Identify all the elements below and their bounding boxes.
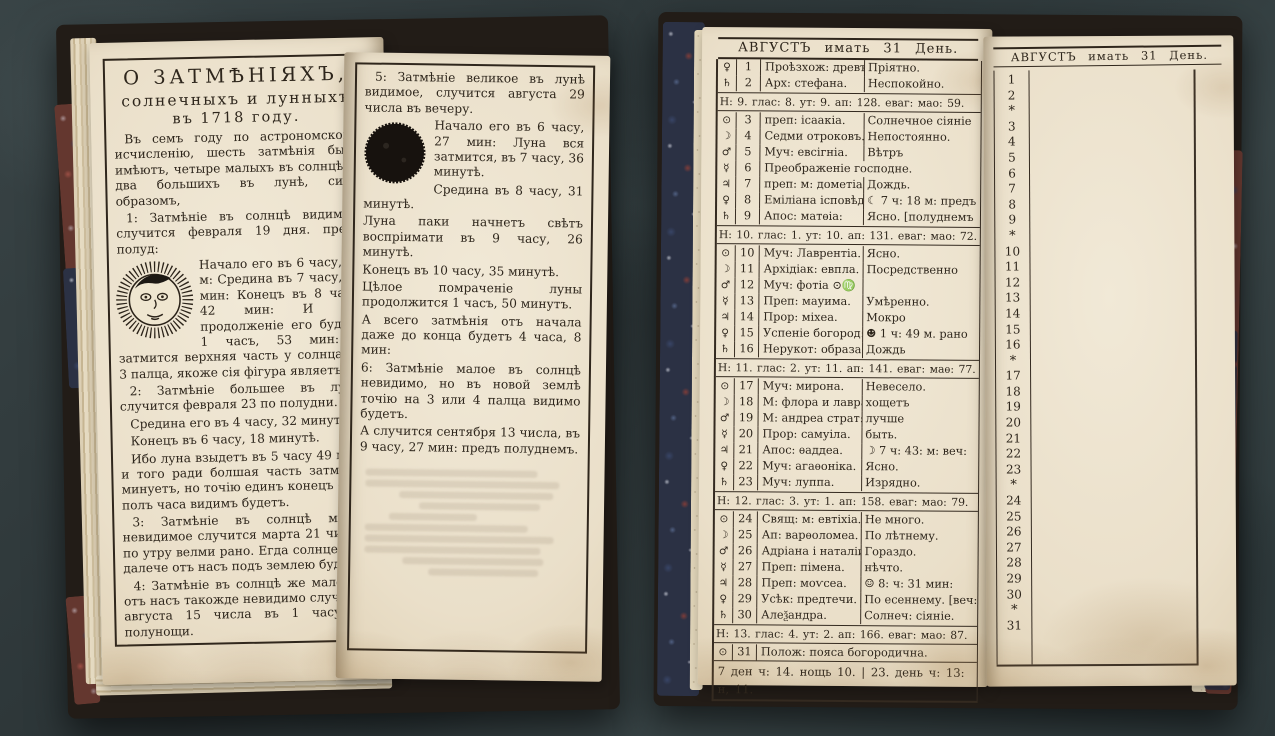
weather-note: нѣчто. xyxy=(861,560,977,577)
saint-name: М: андреа страт: xyxy=(759,410,863,427)
week-summary-line: Н: 9. глас: 8. ут: 9. ап: 128. еваг: мао… xyxy=(718,92,981,113)
calendar-day-number: 14 xyxy=(735,309,759,325)
ink-bleed-through xyxy=(358,468,579,577)
saint-name: Апос: матѳіа: xyxy=(760,208,864,225)
saint-name: Преп: пімена. xyxy=(757,559,861,576)
calendar-row: ☿20Прор: самуіла.быть. xyxy=(715,426,978,444)
day-number: 25 xyxy=(997,509,1031,525)
saint-name: Свящ: м: евтіхіа. xyxy=(758,511,862,528)
eclipse-paragraph: 1: Затмѣніе въ солнцѣ видимое, случится … xyxy=(116,206,362,257)
weekday-planet-symbol: ♃ xyxy=(717,176,736,192)
saint-name: Арх: стефана. xyxy=(761,75,865,92)
weekday-planet-symbol: ♂ xyxy=(715,543,734,559)
week-summary-line: Н: 11. глас: 2. ут: 11. ап: 141. еваг: м… xyxy=(716,358,979,379)
august-calendar-page: АВГУСТЪ имать 31 День. ♀1Проѣзхож: древъ… xyxy=(698,27,993,687)
saint-name: Полож: пояса богородична. xyxy=(757,644,977,662)
calendar-row: ♄2Арх: стефана.Неспокойно. xyxy=(718,75,981,93)
weekday-planet-symbol: ♃ xyxy=(715,442,734,458)
weekday-planet-symbol: ♀ xyxy=(716,325,735,341)
day-number: 19 xyxy=(996,400,1030,416)
saint-name: преп: м: дометіа. xyxy=(760,176,864,193)
calendar-day-number: 27 xyxy=(733,559,757,575)
day-number: 10 xyxy=(995,244,1029,260)
calendar-row: ⊙3преп: ісаакіа.Солнечное сіяніе xyxy=(718,112,981,130)
eclipse-paragraphs: 2: Затмѣніе большее въ лунѣ, случится фе… xyxy=(119,379,369,640)
weather-note: Вѣтръ xyxy=(864,145,980,162)
calendar-table-body: ♀1Проѣзхож: древъ.Пріятно.♄2Арх: стефана… xyxy=(714,59,981,662)
day-number: 5 xyxy=(995,150,1029,166)
day-number: 16 xyxy=(996,338,1030,354)
day-number-column: 12*3456789*10111213141516*17181920212223… xyxy=(993,70,1032,664)
weekday-planet-symbol: ☽ xyxy=(715,527,734,543)
calendar-table: ♀1Проѣзхож: древъ.Пріятно.♄2Арх: стефана… xyxy=(712,59,982,703)
saint-name: Муч: мирона. xyxy=(759,378,863,395)
saint-name: Прор: міхеа. xyxy=(759,309,863,326)
eclipse-paragraph: 5: Затмѣніе великое въ лунѣ видимое, слу… xyxy=(364,69,585,118)
weekday-planet-symbol: ☽ xyxy=(717,261,736,277)
calendar-day-number: 29 xyxy=(733,591,757,607)
calendar-row: ♂19М: андреа страт:лучше xyxy=(716,410,979,428)
calendar-row: ⊙24Свящ: м: евтіхіа.Не много. xyxy=(715,511,978,529)
weather-note xyxy=(863,278,979,295)
calendar-row: ♃21Апос: ѳаддеа.☽ 7 ч: 43: м: веч: xyxy=(715,442,978,460)
day-night-length-footer: 7 ден ч: 14. нощь 10. | 23. день ч: 13: … xyxy=(714,660,977,701)
day-number: 6 xyxy=(995,166,1029,182)
page-bottom-rule xyxy=(997,664,1199,667)
calendar-row: ♃28Преп: моѵсеа.☺ 8: ч: 31 мин: xyxy=(714,575,977,593)
eclipse-paragraph: Средина въ 8 часу, 31 минутѣ. xyxy=(363,181,583,215)
day-number: 17 xyxy=(996,369,1030,385)
page-title-line: солнечныхъ и лунныхъ xyxy=(113,88,358,111)
calendar-row: ⊙17Муч: мирона.Невесело. xyxy=(716,378,979,396)
day-number: * xyxy=(995,228,1029,244)
saint-name: Муч: агаѳоніка. xyxy=(758,458,862,475)
eclipse-paragraph: А всего затмѣнія отъ начала даже до конц… xyxy=(361,312,582,361)
weather-note: хощетъ xyxy=(863,395,979,412)
calendar-day-number: 26 xyxy=(734,543,758,559)
notes-month-header: АВГУСТЪ имать 31 День. xyxy=(993,45,1221,68)
eclipse-paragraph: Въ семъ году по астрономскому исчисленію… xyxy=(114,128,361,210)
weather-note: Мокро xyxy=(863,310,979,327)
saint-name: М: флора и лавра. xyxy=(759,394,863,411)
weather-note: Изрядно. xyxy=(862,475,978,492)
weekday-planet-symbol: ☿ xyxy=(715,426,734,442)
saint-name: Успеніе богород: xyxy=(759,325,863,342)
calendar-row: ⊙10Муч: Лаврентіа.Ясно. xyxy=(717,245,980,263)
day-number: 21 xyxy=(996,431,1030,447)
weather-note: Солнечное сіяніе xyxy=(865,113,981,130)
calendar-day-number: 13 xyxy=(735,293,759,309)
weather-note: ☾ 7 ч: 18 м: предъ xyxy=(864,193,980,210)
day-number: 30 xyxy=(997,587,1031,603)
weekday-planet-symbol: ♃ xyxy=(716,309,735,325)
calendar-row: ♂26Адріана і наталіи.Гораздо. xyxy=(715,543,978,561)
weather-note: Невесело. xyxy=(863,379,979,396)
calendar-row: ♄23Муч: луппа.Изрядно. xyxy=(715,474,978,492)
saint-name: Преп: моѵсеа. xyxy=(757,575,861,592)
calendar-day-number: 24 xyxy=(734,511,758,527)
calendar-day-number: 8 xyxy=(736,192,760,208)
week-summary-line: Н: 13. глас: 4. ут: 2. ап: 166. еваг: ма… xyxy=(714,624,977,645)
calendar-day-number: 23 xyxy=(734,474,758,490)
day-number: 9 xyxy=(995,213,1029,229)
day-number: 29 xyxy=(997,571,1031,587)
weather-note: Непостоянно. xyxy=(864,129,980,146)
day-number: 28 xyxy=(997,556,1031,572)
day-number: 27 xyxy=(997,540,1031,556)
weekday-planet-symbol: ♂ xyxy=(716,410,735,426)
calendar-row: ♀29Усѣк: предтечи.По есеннему. [веч: xyxy=(714,591,977,609)
day-number: 1 xyxy=(994,72,1028,88)
calendar-row: ♀22Муч: агаѳоніка.Ясно. xyxy=(715,458,978,476)
day-number: 18 xyxy=(996,384,1030,400)
calendar-day-number: 11 xyxy=(736,261,760,277)
calendar-row: ♀15Успеніе богород:☻ 1 ч: 49 м. рано xyxy=(716,325,979,343)
calendar-row: ♀8Еміліана ісповѣд.☾ 7 ч: 18 м: предъ xyxy=(717,192,980,210)
calendar-row: ♀1Проѣзхож: древъ.Пріятно. xyxy=(718,59,981,77)
saint-name: Ап: варѳоломеа. xyxy=(758,527,862,544)
calendar-row: ☿6Преображеніе господне. xyxy=(717,160,980,178)
calendar-day-number: 15 xyxy=(735,325,759,341)
solar-eclipse-figure-block: Начало его въ 6 часу, 49 м: Средина въ 7… xyxy=(117,254,365,382)
weather-note: Солнеч: сіяніе. xyxy=(861,608,977,625)
saint-name: Муч: луппа. xyxy=(758,474,862,491)
day-number: 4 xyxy=(995,135,1029,151)
weekday-planet-symbol: ♃ xyxy=(714,575,733,591)
day-number: 8 xyxy=(995,197,1029,213)
calendar-row: ♄9Апос: матѳіа:Ясно. [полуднемъ xyxy=(717,208,980,226)
calendar-day-number: 5 xyxy=(736,144,760,160)
saint-name: Муч: фотіа ⊙♍ xyxy=(759,277,863,294)
weekday-planet-symbol: ♂ xyxy=(717,144,736,160)
calendar-day-number: 2 xyxy=(737,75,761,91)
weekday-planet-symbol: ⊙ xyxy=(714,644,733,660)
calendar-day-number: 9 xyxy=(736,208,760,224)
august-notes-page: АВГУСТЪ имать 31 День. 12*3456789*101112… xyxy=(983,35,1236,686)
day-number: 7 xyxy=(995,182,1029,198)
saint-name: Седми отроковъ. xyxy=(760,128,864,145)
weather-note: Гораздо. xyxy=(862,544,978,561)
sun-face-partial-eclipse-icon xyxy=(115,260,195,340)
calendar-day-number: 16 xyxy=(735,341,759,357)
calendar-row: ☽4Седми отроковъ.Непостоянно. xyxy=(717,128,980,146)
eclipse-paragraph: Луна паки начнетъ свѣтъ воспріимати въ 9… xyxy=(362,214,583,263)
week-summary-line: Н: 12. глас: 3. ут: 1. ап: 158. еваг: ма… xyxy=(715,491,978,512)
weekday-planet-symbol: ♀ xyxy=(718,59,737,75)
weather-note: Посредственно xyxy=(864,262,980,279)
weather-note: ☻ 1 ч: 49 м. рано xyxy=(863,326,979,343)
day-number: 15 xyxy=(996,322,1030,338)
saint-name: Апос: ѳаддеа. xyxy=(758,442,862,459)
photo-of-1718-almanac: О ЗАТМѢНІЯХЪ, солнечныхъ и лунныхъ въ 17… xyxy=(0,0,1275,736)
weekday-planet-symbol: ♂ xyxy=(716,277,735,293)
day-number: 22 xyxy=(996,447,1030,463)
eclipse-paragraph: 4: Затмѣніе въ солнцѣ же малое, и отъ на… xyxy=(124,574,370,641)
calendar-day-number: 4 xyxy=(736,128,760,144)
saint-name: Преображеніе господне. xyxy=(760,160,980,178)
saint-name: Преп: мауима. xyxy=(759,293,863,310)
eclipsed-moon-icon xyxy=(362,120,429,187)
calendar-day-number: 20 xyxy=(734,426,758,442)
weekday-planet-symbol: ⊙ xyxy=(717,245,736,261)
weather-note: Не много. xyxy=(862,512,978,529)
weekday-planet-symbol: ⊙ xyxy=(715,511,734,527)
saint-name: Архідіак: евпла. xyxy=(760,261,864,278)
weekday-planet-symbol: ⊙ xyxy=(718,112,737,128)
calendar-row: ♃14Прор: міхеа.Мокро xyxy=(716,309,979,327)
saint-name: Усѣк: предтечи. xyxy=(757,591,861,608)
weekday-planet-symbol: ♄ xyxy=(714,607,733,623)
calendar-row: ☿27Преп: пімена.нѣчто. xyxy=(714,559,977,577)
calendar-row: ♂12Муч: фотіа ⊙♍ xyxy=(716,277,979,295)
day-number: 26 xyxy=(997,525,1031,541)
saint-name: Адріана і наталіи. xyxy=(758,543,862,560)
calendar-day-number: 21 xyxy=(734,442,758,458)
weather-note: ☺ 8: ч: 31 мин: xyxy=(861,576,977,593)
eclipse-paragraph: Ибо луна взыдетъ въ 5 часу 49 мин: и тог… xyxy=(121,447,367,514)
saint-name: Муч: Лаврентіа. xyxy=(760,245,864,262)
calendar-day-number: 12 xyxy=(735,277,759,293)
weather-note: По есеннему. [веч: xyxy=(861,592,977,609)
saint-name: преп: ісаакіа. xyxy=(761,112,865,129)
weekday-planet-symbol: ♄ xyxy=(718,75,737,91)
calendar-day-number: 6 xyxy=(736,160,760,176)
weekday-planet-symbol: ♄ xyxy=(717,208,736,224)
weekday-planet-symbol: ⊙ xyxy=(716,378,735,394)
eclipse-paragraph: Цѣлое помраченіе луны продолжится 1 часъ… xyxy=(362,279,582,313)
weather-note: Ясно. xyxy=(864,246,980,263)
day-number: * xyxy=(997,603,1031,619)
calendar-row: ⊙31Полож: пояса богородична. xyxy=(714,644,977,662)
day-number: 24 xyxy=(997,493,1031,509)
weather-note: По лѣтнему. xyxy=(862,528,978,545)
blank-notes-area xyxy=(1027,70,1198,665)
day-number: 3 xyxy=(995,119,1029,135)
calendar-day-number: 7 xyxy=(736,176,760,192)
weekday-planet-symbol: ☽ xyxy=(716,394,735,410)
saint-name: Алеѯандра. xyxy=(757,607,861,624)
day-number: * xyxy=(996,353,1030,369)
calendar-day-number: 30 xyxy=(733,607,757,623)
weekday-planet-symbol: ♄ xyxy=(715,474,734,490)
calendar-day-number: 18 xyxy=(735,394,759,410)
calendar-day-number: 10 xyxy=(736,245,760,261)
saint-name: Нерукот: образа. xyxy=(759,341,863,358)
eclipse-paragraph: А случится сентября 13 числа, въ 9 часу,… xyxy=(360,424,580,458)
day-number: 14 xyxy=(996,306,1030,322)
week-summary-line: Н: 10. глас: 1. ут: 10. ап: 131. еваг: м… xyxy=(717,225,980,246)
day-number: 2 xyxy=(995,88,1029,104)
weekday-planet-symbol: ♀ xyxy=(715,458,734,474)
calendar-row: ☿13Преп: мауима.Умѣренно. xyxy=(716,293,979,311)
calendar-row: ♂5Муч: евсігніа.Вѣтръ xyxy=(717,144,980,162)
eclipse-paragraph: 3: Затмѣніе въ солнцѣ малое невидимое сл… xyxy=(122,510,368,577)
calendar-row: ♄30Алеѯандра.Солнеч: сіяніе. xyxy=(714,607,977,625)
weekday-planet-symbol: ♀ xyxy=(714,591,733,607)
calendar-row: ♄16Нерукот: образа.Дождь xyxy=(716,341,979,359)
weather-note: Ясно. [полуднемъ xyxy=(864,209,980,226)
eclipse-text-page-right: 5: Затмѣніе великое въ лунѣ видимое, слу… xyxy=(336,52,611,682)
saint-name: Проѣзхож: древъ. xyxy=(761,59,865,76)
weather-note: Дождь. xyxy=(864,177,980,194)
eclipse-paragraph: 2: Затмѣніе большее въ лунѣ, случится фе… xyxy=(119,379,365,415)
weather-note: Неспокойно. xyxy=(865,76,981,93)
day-number: 20 xyxy=(996,415,1030,431)
weekday-planet-symbol: ☿ xyxy=(716,293,735,309)
weather-note: быть. xyxy=(862,427,978,444)
day-number: 12 xyxy=(996,275,1030,291)
page-title-line: О ЗАТМѢНІЯХЪ, xyxy=(113,62,358,90)
calendar-day-number: 19 xyxy=(735,410,759,426)
calendar-row: ☽11Архідіак: евпла.Посредственно xyxy=(717,261,980,279)
weather-note: Дождь xyxy=(863,342,979,359)
eclipse-paragraph: Конецъ въ 10 часу, 35 минутѣ. xyxy=(362,262,582,280)
weather-note: лучше xyxy=(863,411,979,428)
day-number: * xyxy=(995,104,1029,120)
calendar-row: ♃7преп: м: дометіа.Дождь. xyxy=(717,176,980,194)
weather-note: Пріятно. xyxy=(865,60,981,77)
calendar-row: ☽25Ап: варѳоломеа.По лѣтнему. xyxy=(715,527,978,545)
weekday-planet-symbol: ♀ xyxy=(717,192,736,208)
day-number: 31 xyxy=(997,618,1031,634)
calendar-day-number: 22 xyxy=(734,458,758,474)
calendar-row: ☽18М: флора и лавра.хощетъ xyxy=(716,394,979,412)
calendar-day-number: 17 xyxy=(735,378,759,394)
weekday-planet-symbol: ☽ xyxy=(717,128,736,144)
weather-note: Умѣренно. xyxy=(863,294,979,311)
calendar-day-number: 1 xyxy=(737,59,761,75)
saint-name: Муч: евсігніа. xyxy=(760,144,864,161)
weekday-planet-symbol: ☿ xyxy=(717,160,736,176)
eclipse-paragraph: 6: Затмѣніе малое въ солнцѣ невидимо, но… xyxy=(360,360,581,425)
weekday-planet-symbol: ☿ xyxy=(714,559,733,575)
day-number: 11 xyxy=(995,260,1029,276)
weekday-planet-symbol: ♄ xyxy=(716,341,735,357)
saint-name: Прор: самуіла. xyxy=(758,426,862,443)
day-number: * xyxy=(997,478,1031,494)
calendar-day-number: 25 xyxy=(734,527,758,543)
calendar-month-header: АВГУСТЪ имать 31 День. xyxy=(718,37,978,61)
day-number: 23 xyxy=(997,462,1031,478)
page-title-line: въ 1718 году. xyxy=(114,108,359,129)
weather-note: ☽ 7 ч: 43: м: веч: xyxy=(862,443,978,460)
calendar-day-number: 31 xyxy=(733,644,757,660)
lunar-eclipse-figure-block: Начало его въ 6 часу, 27 мин: Луна вся з… xyxy=(360,118,585,458)
day-number: 13 xyxy=(996,291,1030,307)
weather-note: Ясно. xyxy=(862,459,978,476)
calendar-day-number: 28 xyxy=(733,575,757,591)
saint-name: Еміліана ісповѣд. xyxy=(760,192,864,209)
printed-frame: 5: Затмѣніе великое въ лунѣ видимое, слу… xyxy=(347,62,595,653)
calendar-day-number: 3 xyxy=(737,112,761,128)
